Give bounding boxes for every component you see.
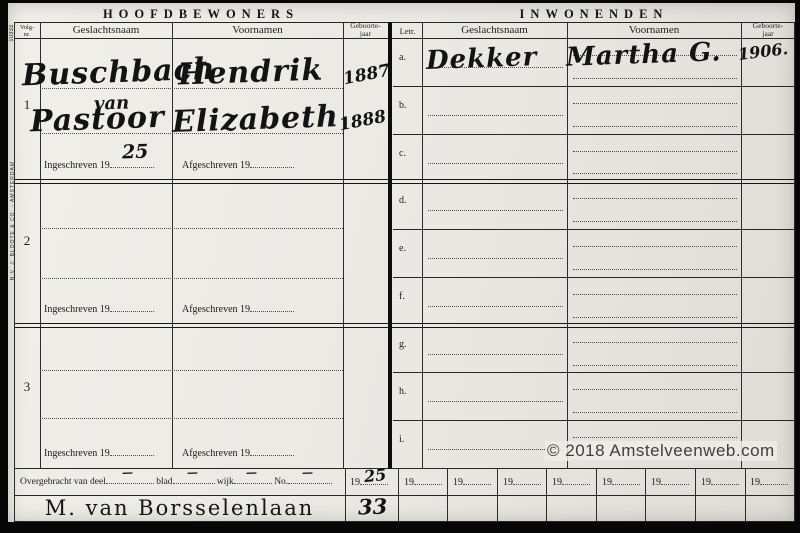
ingeschreven-year-value-1: 25 bbox=[122, 141, 149, 164]
year-prefix: 19 bbox=[651, 477, 661, 488]
inwonende-a-surname: Dekker bbox=[426, 42, 538, 76]
dotted-line bbox=[573, 103, 737, 104]
dotted-line bbox=[573, 317, 737, 318]
dotted-line bbox=[428, 163, 563, 164]
grid-line bbox=[393, 134, 795, 135]
year-prefix: 19 bbox=[602, 477, 612, 488]
dotted-leader: — bbox=[234, 474, 272, 484]
center-divider bbox=[388, 22, 392, 469]
dotted-line bbox=[573, 389, 737, 390]
dotted-line bbox=[573, 198, 737, 199]
grid-line bbox=[14, 323, 795, 328]
grid-line bbox=[393, 372, 795, 373]
year-cell: 19 bbox=[552, 475, 590, 488]
letter-label-g: g. bbox=[399, 339, 407, 350]
dotted-leader bbox=[250, 158, 294, 168]
dotted-leader: — bbox=[288, 474, 332, 484]
year-cell: 19 bbox=[651, 475, 689, 488]
afgeschreven-label-2: Afgeschreven 19 bbox=[182, 302, 294, 315]
column-header-volgnr-line1: Volg- bbox=[14, 24, 40, 31]
dotted-line bbox=[40, 370, 343, 371]
hoofdbewoner-2-birthyear: 1888 bbox=[338, 107, 388, 136]
no-value: — bbox=[302, 466, 313, 479]
dotted-leader bbox=[661, 475, 689, 485]
letter-label-i: i. bbox=[399, 434, 404, 445]
afgeschreven-label-1: Afgeschreven 19 bbox=[182, 158, 294, 171]
dotted-leader bbox=[513, 475, 541, 485]
dotted-line bbox=[428, 306, 563, 307]
hoofdbewoner-1-birthyear: 1887 bbox=[342, 61, 392, 90]
hoofdbewoner-2-firstnames: Elizabeth bbox=[171, 99, 339, 140]
grid-line bbox=[14, 22, 795, 23]
wijk-label: wijk bbox=[217, 477, 234, 487]
grid-line bbox=[422, 22, 423, 468]
grid-line bbox=[546, 468, 547, 521]
scanned-register-page: 10333 N.V. J. BLOOTE & CO. - AMSTERDAM H… bbox=[0, 0, 800, 533]
ingeschreven-text: Ingeschreven 19 bbox=[44, 304, 110, 315]
grid-line bbox=[741, 22, 742, 468]
column-header-birthyear-left-line2: jaar bbox=[343, 30, 388, 38]
year-cell: 19 bbox=[503, 475, 541, 488]
dotted-line bbox=[573, 78, 737, 79]
letter-label-f: f. bbox=[399, 291, 405, 302]
year-cell: 19 bbox=[701, 475, 739, 488]
year-prefix: 19 bbox=[453, 477, 463, 488]
afgeschreven-text: Afgeschreven 19 bbox=[182, 448, 250, 459]
no-label: No. bbox=[274, 477, 288, 487]
year-cell: 19 bbox=[602, 475, 640, 488]
dotted-leader bbox=[612, 475, 640, 485]
grid-line bbox=[14, 179, 795, 184]
overgebracht-label: Overgebracht van deel bbox=[20, 477, 106, 487]
column-header-letter: Letr. bbox=[393, 26, 422, 36]
dotted-leader bbox=[110, 446, 154, 456]
watermark-text: © 2018 Amstelveenweb.com bbox=[545, 441, 777, 461]
wijk-value: — bbox=[246, 466, 257, 479]
column-header-surname-right: Geslachtsnaam bbox=[422, 24, 567, 36]
year-cell: 19 bbox=[750, 475, 788, 488]
dotted-leader bbox=[760, 475, 788, 485]
ingeschreven-text: Ingeschreven 19 bbox=[44, 448, 110, 459]
dotted-line bbox=[573, 221, 737, 222]
dotted-leader bbox=[250, 302, 294, 312]
hoofdbewoner-1-firstnames: Hendrik bbox=[177, 52, 323, 92]
year-first-value: 25 bbox=[363, 465, 387, 486]
year-cell: 19 bbox=[404, 475, 442, 488]
grid-line bbox=[393, 86, 795, 87]
grid-line bbox=[497, 468, 498, 521]
grid-line bbox=[447, 468, 448, 521]
dotted-line bbox=[573, 365, 737, 366]
grid-line bbox=[393, 420, 795, 421]
hoofdbewoner-2-surname: Pastoor bbox=[29, 100, 165, 140]
grid-line bbox=[695, 468, 696, 521]
ingeschreven-text: Ingeschreven 19 bbox=[44, 160, 110, 171]
year-prefix: 19 bbox=[552, 477, 562, 488]
house-number: 33 bbox=[358, 493, 388, 519]
overgebracht-row: Overgebracht van deel— blad— wijk— No.— bbox=[20, 474, 332, 487]
dotted-line bbox=[428, 354, 563, 355]
dotted-line bbox=[428, 210, 563, 211]
column-header-firstnames-left: Voornamen bbox=[172, 24, 343, 36]
dotted-line bbox=[573, 173, 737, 174]
left-section-title: HOOFDBEWONERS bbox=[14, 7, 388, 22]
letter-label-e: e. bbox=[399, 243, 406, 254]
dotted-line bbox=[573, 151, 737, 152]
grid-line bbox=[393, 277, 795, 278]
register-paper: 10333 N.V. J. BLOOTE & CO. - AMSTERDAM H… bbox=[8, 3, 795, 522]
column-header-birthyear-left: Geboorte- jaar bbox=[343, 22, 388, 38]
year-prefix: 19 bbox=[750, 477, 760, 488]
grid-line bbox=[645, 468, 646, 521]
dotted-leader bbox=[250, 446, 294, 456]
dotted-leader bbox=[562, 475, 590, 485]
ingeschreven-label-3: Ingeschreven 19 bbox=[44, 446, 154, 459]
dotted-leader: — bbox=[173, 474, 215, 484]
grid-line bbox=[567, 22, 568, 468]
deel-value: — bbox=[122, 466, 133, 479]
year-prefix: 19 bbox=[503, 477, 513, 488]
column-header-surname-left: Geslachtsnaam bbox=[40, 24, 172, 36]
afgeschreven-text: Afgeschreven 19 bbox=[182, 304, 250, 315]
dotted-leader bbox=[414, 475, 442, 485]
year-prefix: 19 bbox=[404, 477, 414, 488]
dotted-line bbox=[428, 258, 563, 259]
blad-value: — bbox=[186, 466, 197, 479]
dotted-line bbox=[573, 412, 737, 413]
block-number-2: 2 bbox=[14, 233, 40, 249]
grid-line bbox=[794, 22, 795, 521]
year-prefix: 19 bbox=[350, 477, 360, 488]
grid-line bbox=[398, 468, 399, 521]
column-header-birthyear-right: Geboorte- jaar bbox=[741, 22, 795, 38]
column-header-birthyear-right-line2: jaar bbox=[741, 30, 795, 38]
year-prefix: 19 bbox=[701, 477, 711, 488]
dotted-leader: — bbox=[106, 474, 154, 484]
letter-label-b: b. bbox=[399, 100, 407, 111]
afgeschreven-text: Afgeschreven 19 bbox=[182, 160, 250, 171]
dotted-line bbox=[573, 246, 737, 247]
letter-label-c: c. bbox=[399, 148, 406, 159]
dotted-leader bbox=[110, 302, 154, 312]
dotted-leader bbox=[711, 475, 739, 485]
dotted-line bbox=[573, 437, 737, 438]
street-name: M. van Borsselenlaan bbox=[14, 496, 345, 520]
dotted-line bbox=[428, 115, 563, 116]
dotted-line bbox=[573, 269, 737, 270]
inwonende-a-firstnames: Martha G. bbox=[566, 37, 722, 72]
grid-line bbox=[745, 468, 746, 521]
dotted-line bbox=[573, 126, 737, 127]
right-section-title: INWONENDEN bbox=[393, 7, 795, 22]
dotted-line bbox=[428, 449, 563, 450]
dotted-line bbox=[40, 418, 343, 419]
grid-line bbox=[596, 468, 597, 521]
grid-line bbox=[343, 22, 344, 468]
dotted-line bbox=[40, 228, 343, 229]
column-header-volgnr: Volg- nr. bbox=[14, 24, 40, 38]
column-header-firstnames-right: Voornamen bbox=[567, 24, 741, 36]
grid-line bbox=[345, 468, 346, 521]
blad-label: blad bbox=[156, 477, 172, 487]
ingeschreven-label-2: Ingeschreven 19 bbox=[44, 302, 154, 315]
inwonende-a-birthyear: 1906. bbox=[737, 39, 789, 64]
dotted-line bbox=[428, 401, 563, 402]
letter-label-d: d. bbox=[399, 195, 407, 206]
afgeschreven-label-3: Afgeschreven 19 bbox=[182, 446, 294, 459]
block-number-3: 3 bbox=[14, 379, 40, 395]
column-header-volgnr-line2: nr. bbox=[14, 31, 40, 38]
dotted-line bbox=[573, 342, 737, 343]
grid-line bbox=[14, 521, 795, 522]
dotted-line bbox=[573, 294, 737, 295]
letter-label-a: a. bbox=[399, 52, 406, 63]
dotted-leader bbox=[463, 475, 491, 485]
dotted-line bbox=[40, 278, 343, 279]
grid-line bbox=[393, 229, 795, 230]
letter-label-h: h. bbox=[399, 386, 407, 397]
year-cell: 19 bbox=[453, 475, 491, 488]
